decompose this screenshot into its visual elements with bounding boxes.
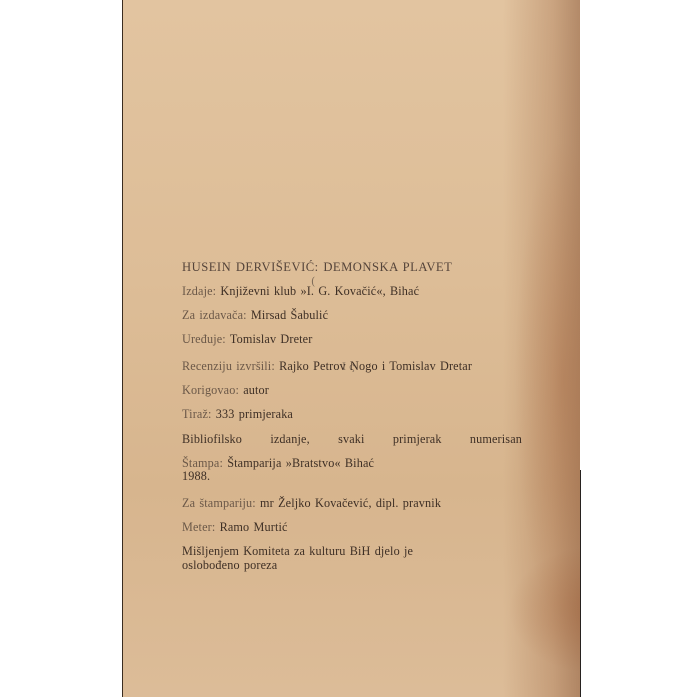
entry-label: Uređuje: <box>182 332 226 346</box>
entry-value: autor <box>243 383 269 397</box>
entry-for-publisher: Za izdavača: Mirsad Šabulić <box>182 309 522 322</box>
entry-value: Rajko Petrov Nogo i Tomislav Dretar <box>279 359 472 373</box>
entry-value: Štamparija »Bratstvo« Bihać <box>227 456 374 470</box>
photo-stage: ( I ς HUSEIN DERVIŠEVIĆ: DEMONSKA PLAVET… <box>0 0 700 700</box>
entry-value: mr Željko Kovačević, dipl. pravnik <box>260 496 441 510</box>
entry-value: Ramo Murtić <box>220 520 288 534</box>
entry-value: Mirsad Šabulić <box>251 308 328 322</box>
entry-tax-exemption: Mišljenjem Komiteta za kulturu BiH djelo… <box>182 545 472 571</box>
entry-year: 1988. <box>182 469 210 483</box>
entry-label: Tiraž: <box>182 407 212 421</box>
entry-reviewers: Recenziju izvršili: Rajko Petrov Nogo i … <box>182 360 522 373</box>
entry-editor: Uređuje: Tomislav Dreter <box>182 333 522 346</box>
entry-publisher: Izdaje: Književni klub »I. G. Kovačić«, … <box>182 285 522 298</box>
entry-label: Štampa: <box>182 456 223 470</box>
entry-value: Bibliofilsko izdanje, svaki primjerak nu… <box>182 432 522 446</box>
entry-proofreader: Korigovao: autor <box>182 384 522 397</box>
entry-label: Korigovao: <box>182 383 239 397</box>
entry-for-printer: Za štampariju: mr Željko Kovačević, dipl… <box>182 497 522 510</box>
book-title: HUSEIN DERVIŠEVIĆ: DEMONSKA PLAVET <box>182 261 522 275</box>
colophon: HUSEIN DERVIŠEVIĆ: DEMONSKA PLAVET Izdaj… <box>182 261 522 583</box>
entry-label: Meter: <box>182 520 215 534</box>
entry-meter: Meter: Ramo Murtić <box>182 521 522 534</box>
entry-label: Izdaje: <box>182 284 216 298</box>
entry-printing: Štampa: Štamparija »Bratstvo« Bihać 1988… <box>182 457 522 483</box>
entry-value: Književni klub »I. G. Kovačić«, Bihać <box>220 284 419 298</box>
entry-label: Za izdavača: <box>182 308 247 322</box>
entry-value: Tomislav Dreter <box>230 332 313 346</box>
entry-value: Mišljenjem Komiteta za kulturu BiH djelo… <box>182 544 413 571</box>
entry-value: 333 primjeraka <box>216 407 293 421</box>
entry-label: Za štampariju: <box>182 496 256 510</box>
entry-print-run: Tiraž: 333 primjeraka <box>182 408 522 421</box>
entry-bibliophile-edition: Bibliofilsko izdanje, svaki primjerak nu… <box>182 433 522 446</box>
entry-label: Recenziju izvršili: <box>182 359 275 373</box>
